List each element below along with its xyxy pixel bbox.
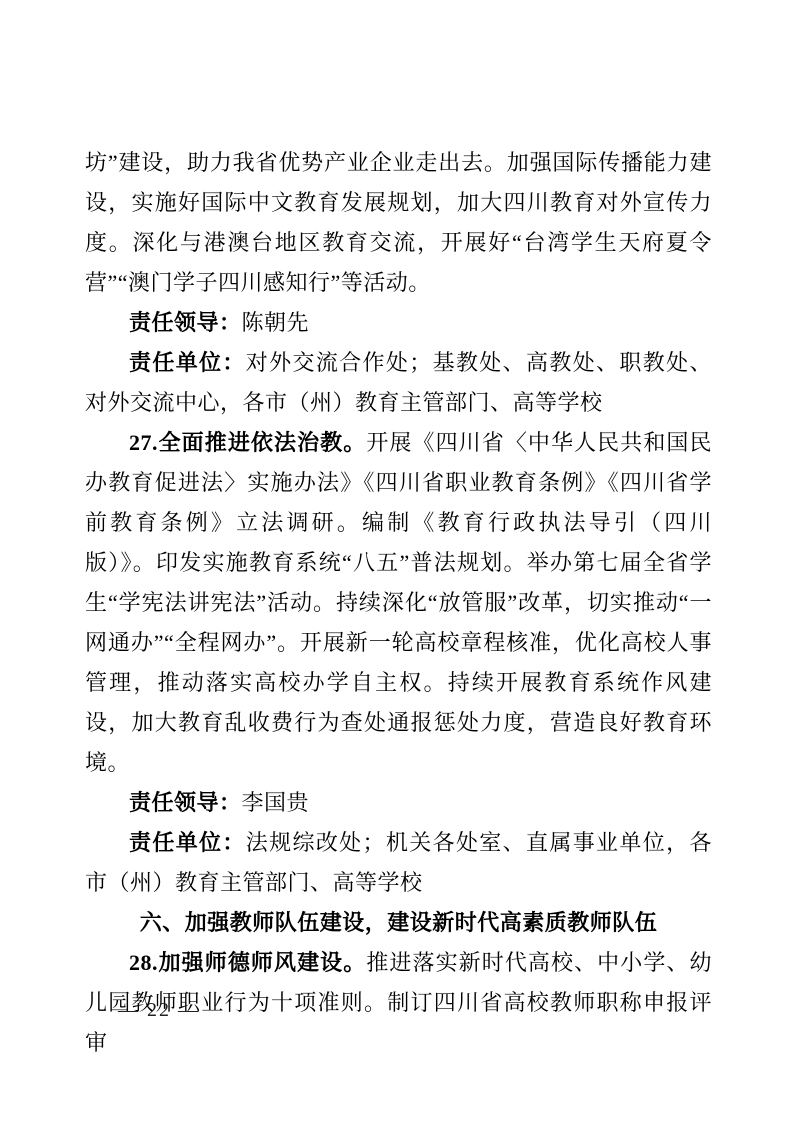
section-heading-6: 六、加强教师队伍建设，建设新时代高素质教师队伍 <box>85 903 712 943</box>
responsible-unit-label: 责任单位： <box>129 350 246 375</box>
responsible-leader-name: 李国贵 <box>242 790 310 815</box>
responsible-leader-label: 责任领导： <box>129 310 242 335</box>
paragraph-item-27: 27.全面推进依法治教。开展《四川省〈中华人民共和国民办教育促进法〉实施办法》《… <box>85 423 712 783</box>
paragraph-responsible-unit-2: 责任单位：法规综改处；机关各处室、直属事业单位，各市（州）教育主管部门、高等学校 <box>85 823 712 903</box>
paragraph-responsible-leader-1: 责任领导：陈朝先 <box>85 303 712 343</box>
paragraph-responsible-unit-1: 责任单位：对外交流合作处；基教处、高教处、职教处、对外交流中心，各市（州）教育主… <box>85 343 712 423</box>
item-28-title: 28.加强师德师风建设。 <box>129 950 366 975</box>
responsible-leader-name: 陈朝先 <box>242 310 310 335</box>
item-27-text: 开展《四川省〈中华人民共和国民办教育促进法〉实施办法》《四川省职业教育条例》《四… <box>85 430 712 775</box>
paragraph-responsible-leader-2: 责任领导：李国贵 <box>85 783 712 823</box>
paragraph-text: 坊”建设，助力我省优势产业企业走出去。加强国际传播能力建设，实施好国际中文教育发… <box>85 150 712 295</box>
page-number: — 22 — <box>118 996 200 1024</box>
responsible-unit-label: 责任单位： <box>129 830 246 855</box>
document-page: 坊”建设，助力我省优势产业企业走出去。加强国际传播能力建设，实施好国际中文教育发… <box>0 0 793 1122</box>
document-body: 坊”建设，助力我省优势产业企业走出去。加强国际传播能力建设，实施好国际中文教育发… <box>85 143 712 1063</box>
paragraph-international-exchange: 坊”建设，助力我省优势产业企业走出去。加强国际传播能力建设，实施好国际中文教育发… <box>85 143 712 303</box>
responsible-leader-label: 责任领导： <box>129 790 242 815</box>
item-27-title: 27.全面推进依法治教。 <box>129 430 366 455</box>
